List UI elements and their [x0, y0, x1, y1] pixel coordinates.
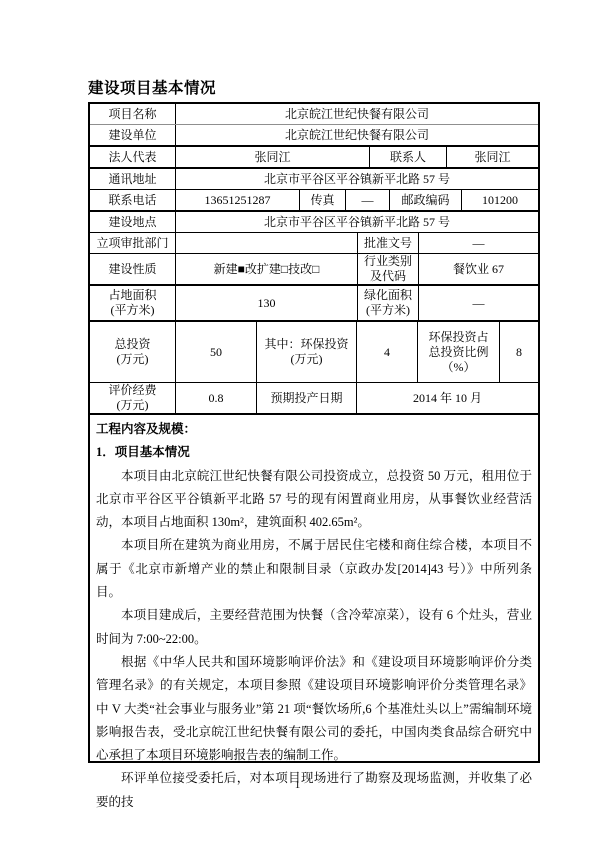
paragraph-eia-basis: 根据《中华人民共和国环境影响评价法》和《建设项目环境影响评价分类管理名录》的有关…: [96, 651, 532, 767]
env-investment-label: 其中：环保投资 (万元): [257, 322, 357, 382]
mailing-address-value: 北京市平谷区平谷镇新平北路 57 号: [176, 169, 538, 189]
env-investment-ratio-label: 环保投资占 总投资比例 （%）: [418, 322, 500, 382]
production-date-value: 2014 年 10 月: [357, 383, 538, 413]
total-investment-value: 50: [176, 322, 257, 382]
fax-value: —: [346, 190, 390, 210]
construction-site-label: 建设地点: [90, 212, 176, 232]
total-investment-label-line2: (万元): [117, 352, 149, 367]
evaluation-fee-value: 0.8: [176, 383, 257, 413]
industry-category-label-line1: 行业类别: [364, 254, 412, 269]
project-name-label: 项目名称: [90, 104, 176, 124]
industry-category-label-line2: 及代码: [370, 269, 406, 284]
construction-unit-value: 北京皖江世纪快餐有限公司: [176, 125, 538, 145]
env-investment-label-line1: 其中：环保投资: [264, 337, 348, 352]
env-ratio-label-line3: （%）: [442, 360, 476, 375]
production-date-label: 预期投产日期: [257, 383, 357, 413]
paragraph-building-use: 本项目所在建筑为商业用房，不属于居民住宅楼和商住综合楼，本项目不属于《北京市新增…: [96, 534, 532, 604]
evaluation-fee-label: 评价经费 (万元): [90, 383, 176, 413]
row-total-investment: 总投资 (万元) 50 其中：环保投资 (万元) 4 环保投资占 总投资比例 （…: [90, 322, 538, 383]
phone-label: 联系电话: [90, 190, 176, 210]
approval-department-label: 立项审批部门: [90, 233, 176, 253]
construction-site-value: 北京市平谷区平谷镇新平北路 57 号: [176, 212, 538, 232]
approval-department-value: [176, 233, 358, 253]
postcode-label: 邮政编码: [390, 190, 462, 210]
land-area-label-line1: 占地面积: [108, 288, 156, 303]
approval-number-label: 批准文号: [358, 233, 419, 253]
total-investment-label-line1: 总投资: [114, 337, 150, 352]
construction-nature-checkboxes: 新建■改扩建□技改□: [176, 254, 358, 284]
row-construction-unit: 建设单位 北京皖江世纪快餐有限公司: [90, 125, 538, 147]
env-investment-value: 4: [357, 322, 418, 382]
project-content-section: 工程内容及规模： 1．项目基本情况 本项目由北京皖江世纪快餐有限公司投资成立，总…: [90, 415, 538, 814]
row-construction-nature: 建设性质 新建■改扩建□技改□ 行业类别 及代码 餐饮业 67: [90, 254, 538, 286]
env-investment-label-line2: (万元): [291, 352, 323, 367]
project-name-value: 北京皖江世纪快餐有限公司: [176, 104, 538, 124]
industry-category-value: 餐饮业 67: [419, 254, 538, 284]
green-area-label-line2: (平方米): [366, 303, 410, 318]
row-legal-representative: 法人代表 张同江 联系人 张同江: [90, 147, 538, 169]
project-basic-info-table: 项目名称 北京皖江世纪快餐有限公司 建设单位 北京皖江世纪快餐有限公司 法人代表…: [88, 102, 540, 763]
mailing-address-label: 通讯地址: [90, 169, 176, 189]
industry-category-label: 行业类别 及代码: [358, 254, 419, 284]
land-area-value: 130: [176, 286, 358, 320]
phone-value: 13651251287: [176, 190, 300, 210]
row-evaluation-fee: 评价经费 (万元) 0.8 预期投产日期 2014 年 10 月: [90, 383, 538, 415]
row-approval-department: 立项审批部门 批准文号 —: [90, 233, 538, 254]
page-number: 1: [0, 779, 595, 791]
evaluation-fee-label-line2: (万元): [117, 398, 149, 413]
row-construction-site: 建设地点 北京市平谷区平谷镇新平北路 57 号: [90, 212, 538, 233]
row-land-area: 占地面积 (平方米) 130 绿化面积 (平方米) —: [90, 286, 538, 322]
contact-person-value: 张同江: [447, 147, 538, 167]
env-investment-ratio-value: 8: [500, 322, 538, 382]
land-area-label-line2: (平方米): [111, 303, 155, 318]
green-area-label-line1: 绿化面积: [364, 288, 412, 303]
row-mailing-address: 通讯地址 北京市平谷区平谷镇新平北路 57 号: [90, 169, 538, 190]
project-content-heading: 工程内容及规模：: [96, 418, 532, 441]
green-area-value: —: [419, 286, 538, 320]
env-ratio-label-line2: 总投资比例: [428, 345, 488, 360]
row-phone: 联系电话 13651251287 传真 — 邮政编码 101200: [90, 190, 538, 212]
env-ratio-label-line1: 环保投资占: [428, 330, 488, 345]
postcode-value: 101200: [462, 190, 538, 210]
land-area-label: 占地面积 (平方米): [90, 286, 176, 320]
legal-representative-value: 张同江: [176, 147, 370, 167]
evaluation-fee-label-line1: 评价经费: [108, 383, 156, 398]
green-area-label: 绿化面积 (平方米): [358, 286, 419, 320]
contact-person-label: 联系人: [370, 147, 447, 167]
project-overview-heading: 1．项目基本情况: [96, 441, 532, 464]
fax-label: 传真: [300, 190, 346, 210]
construction-unit-label: 建设单位: [90, 125, 176, 145]
total-investment-label: 总投资 (万元): [90, 322, 176, 382]
row-project-content: 工程内容及规模： 1．项目基本情况 本项目由北京皖江世纪快餐有限公司投资成立，总…: [90, 415, 538, 814]
construction-nature-label: 建设性质: [90, 254, 176, 284]
approval-number-value: —: [419, 233, 538, 253]
legal-representative-label: 法人代表: [90, 147, 176, 167]
document-title: 建设项目基本情况: [88, 76, 216, 98]
document-page: 建设项目基本情况 项目名称 北京皖江世纪快餐有限公司 建设单位 北京皖江世纪快餐…: [0, 0, 595, 841]
paragraph-business-scope: 本项目建成后，主要经营范围为快餐（含冷荤凉菜），设有 6 个灶头，营业时间为 7…: [96, 604, 532, 651]
row-project-name: 项目名称 北京皖江世纪快餐有限公司: [90, 104, 538, 125]
paragraph-project-establishment: 本项目由北京皖江世纪快餐有限公司投资成立，总投资 50 万元，租用位于北京市平谷…: [96, 465, 532, 535]
